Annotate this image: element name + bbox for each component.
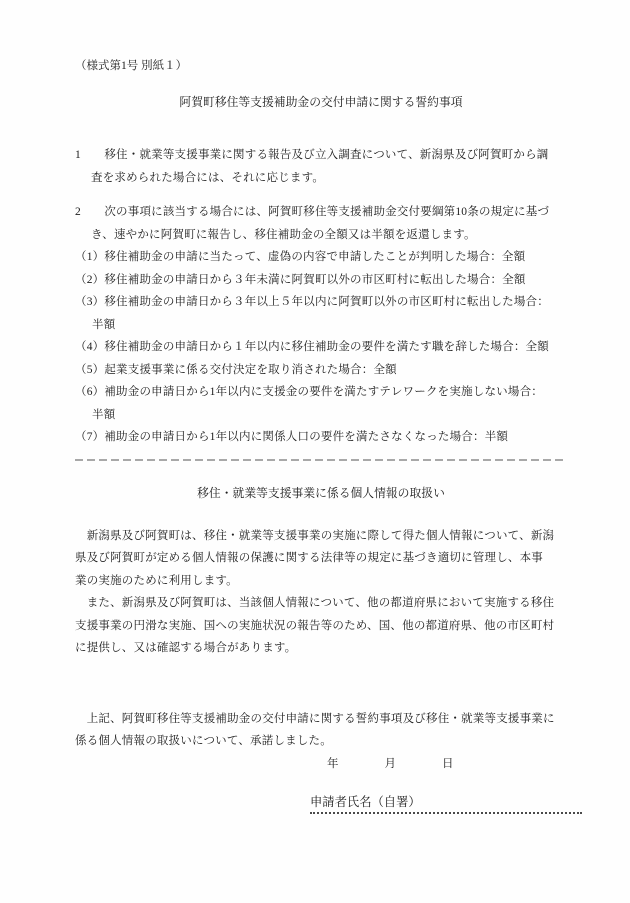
signature-label: 申請者氏名（自署） [310,795,421,809]
text-line: 2 次の事項に該当する場合には、阿賀町移住等支援補助金交付要綱第10条の規定に基… [75,201,567,224]
text-line: 1 移住・就業等支援事業に関する報告及び立入調査について、新潟県及び阿賀町から調 [75,144,567,167]
text-line: 県及び阿賀町が定める個人情報の保護に関する法律等の規定に基づき適切に管理し、本事 [75,547,567,570]
text-line: また、新潟県及び阿賀町は、当該個人情報について、他の都道府県において実施する移住 [75,592,567,615]
text-line: 半額 [75,314,567,337]
privacy-paragraphs: 新潟県及び阿賀町は、移住・就業等支援事業の実施に際して得た個人情報について、新潟… [75,525,567,660]
text-line: 係る個人情報の取扱いについて、承諾しました。 [75,730,567,753]
text-line: （3）移住補助金の申請日から３年以上５年以内に阿賀町以外の市区町村に転出した場合… [75,291,567,314]
clause-2: 2 次の事項に該当する場合には、阿賀町移住等支援補助金交付要綱第10条の規定に基… [75,201,567,449]
page-title: 阿賀町移住等支援補助金の交付申請に関する誓約事項 [75,94,567,110]
text-line: （6）補助金の申請日から1年以内に支援金の要件を満たすテレワークを実施しない場合… [75,381,567,404]
text-line: き、速やかに阿賀町に報告し、移住補助金の全額又は半額を返還します。 [75,224,567,247]
signature-row: 申請者氏名（自署） [310,793,582,814]
text-line: （1）移住補助金の申請に当たって、虚偽の内容で申請したことが判明した場合：全額 [75,246,567,269]
clause-1: 1 移住・就業等支援事業に関する報告及び立入調査について、新潟県及び阿賀町から調… [75,144,567,189]
text-line: （7）補助金の申請日から1年以内に関係人口の要件を満たさなくなった場合：半額 [75,426,567,449]
text-line: 半額 [75,404,567,427]
text-line: 査を求められた場合には、それに応じます。 [75,167,567,190]
dashed-divider [75,457,565,463]
text-line: 上記、阿賀町移住等支援補助金の交付申請に関する誓約事項及び移住・就業等支援事業に [75,708,567,731]
date-line: 年 月 日 [75,753,567,776]
text-line: 業の実施のために利用します。 [75,570,567,593]
text-line: 新潟県及び阿賀町は、移住・就業等支援事業の実施に際して得た個人情報について、新潟 [75,525,567,548]
text-line: （5）起業支援事業に係る交付決定を取り消された場合：全額 [75,359,567,382]
text-line: （4）移住補助金の申請日から１年以内に移住補助金の要件を満たす職を辞した場合：全… [75,336,567,359]
privacy-section-heading: 移住・就業等支援事業に係る個人情報の取扱い [75,485,567,501]
text-line: 支援事業の円滑な実施、国への実施状況の報告等のため、国、他の都道府県、他の市区町… [75,615,567,638]
text-line: に提供し、又は確認する場合があります。 [75,637,567,660]
form-number-label: （様式第1号 別紙１） [75,58,567,74]
consent-paragraph: 上記、阿賀町移住等支援補助金の交付申請に関する誓約事項及び移住・就業等支援事業に… [75,708,567,753]
text-line: （2）移住補助金の申請日から３年未満に阿賀町以外の市区町村に転出した場合：全額 [75,269,567,292]
document-page: （様式第1号 別紙１） 阿賀町移住等支援補助金の交付申請に関する誓約事項 1 移… [0,0,630,903]
